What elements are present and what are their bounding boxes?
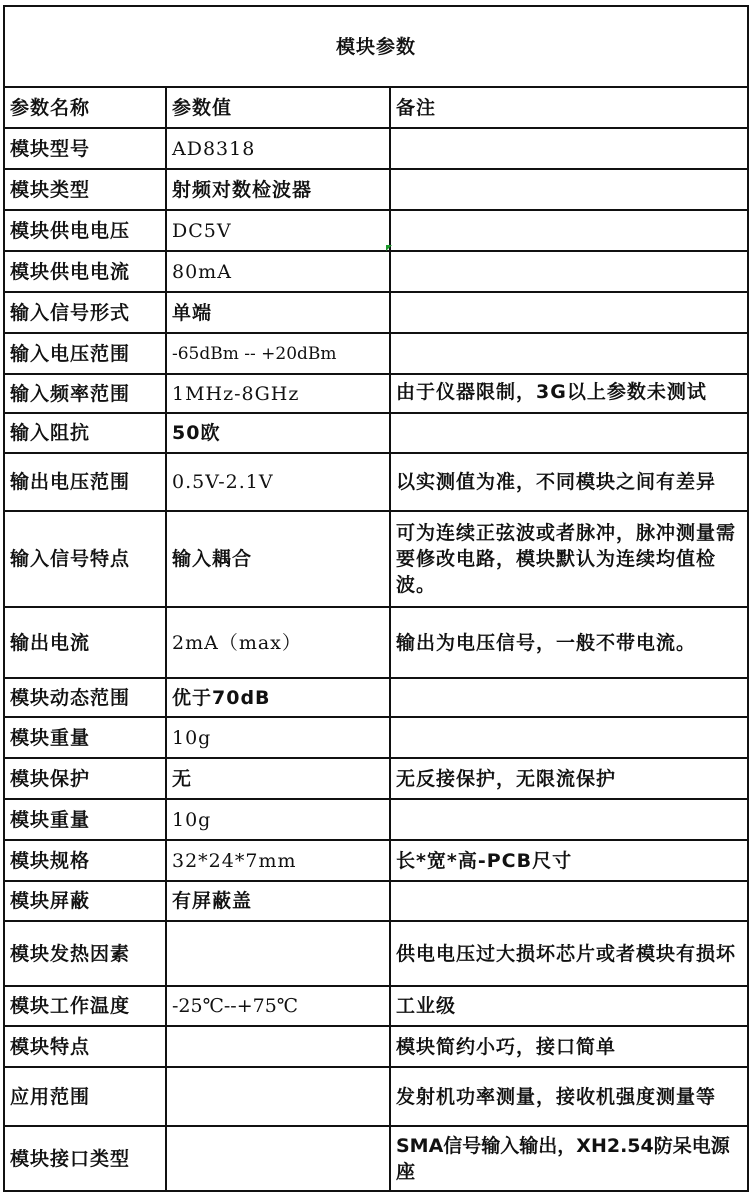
table-row: 模块重量 10g: [4, 799, 748, 840]
param-value: 有屏蔽盖: [166, 881, 390, 921]
param-note: 无反接保护，无限流保护: [390, 758, 748, 799]
param-name: 输入电压范围: [4, 333, 166, 374]
table-row: 输入信号形式 单端: [4, 292, 748, 333]
header-param-name: 参数名称: [4, 87, 166, 128]
table-row: 模块屏蔽 有屏蔽盖: [4, 881, 748, 921]
title-row: 模块参数: [4, 6, 748, 87]
table-row: 模块重量 10g: [4, 717, 748, 758]
param-name: 应用范围: [4, 1067, 166, 1126]
param-value: DC5V: [166, 210, 390, 251]
param-note: 可为连续正弦波或者脉冲，脉冲测量需要修改电路，模块默认为连续均值检波。: [390, 511, 748, 607]
table-row: 输出电压范围 0.5V-2.1V 以实测值为准，不同模块之间有差异: [4, 453, 748, 511]
param-value: 输入耦合: [166, 511, 390, 607]
param-note: 由于仪器限制，3G以上参数未测试: [390, 374, 748, 413]
param-name: 模块接口类型: [4, 1126, 166, 1191]
param-name: 模块特点: [4, 1026, 166, 1067]
param-value: 50欧: [166, 413, 390, 453]
header-param-value: 参数值: [166, 87, 390, 128]
param-name: 模块供电电流: [4, 251, 166, 292]
table-row: 模块发热因素 供电电压过大损坏芯片或者模块有损坏: [4, 921, 748, 986]
param-note: [390, 717, 748, 758]
param-value: AD8318: [166, 128, 390, 169]
param-name: 输入频率范围: [4, 374, 166, 413]
table-row: 模块特点 模块简约小巧，接口简单: [4, 1026, 748, 1067]
table-row: 模块接口类型 SMA信号输入输出，XH2.54防呆电源座: [4, 1126, 748, 1191]
param-name: 模块工作温度: [4, 986, 166, 1026]
param-note: 发射机功率测量，接收机强度测量等: [390, 1067, 748, 1126]
param-value: [166, 1026, 390, 1067]
param-name: 模块型号: [4, 128, 166, 169]
header-row: 参数名称 参数值 备注: [4, 87, 748, 128]
param-name: 模块重量: [4, 799, 166, 840]
param-note: [390, 251, 748, 292]
param-value: 0.5V-2.1V: [166, 453, 390, 511]
param-value: 射频对数检波器: [166, 169, 390, 210]
module-parameter-table: 模块参数 参数名称 参数值 备注 模块型号 AD8318 模块类型 射频对数检波…: [3, 5, 749, 1192]
table-row: 模块型号 AD8318: [4, 128, 748, 169]
param-value: 优于70dB: [166, 678, 390, 717]
param-note: [390, 333, 748, 374]
param-note: [390, 881, 748, 921]
table-row: 输出电流 2mA（max） 输出为电压信号，一般不带电流。: [4, 607, 748, 678]
table-row: 输入信号特点 输入耦合 可为连续正弦波或者脉冲，脉冲测量需要修改电路，模块默认为…: [4, 511, 748, 607]
table-row: 模块类型 射频对数检波器: [4, 169, 748, 210]
param-value: [166, 921, 390, 986]
param-note: [390, 678, 748, 717]
param-value: 80mA: [166, 251, 390, 292]
table-row: 输入频率范围 1MHz-8GHz 由于仪器限制，3G以上参数未测试: [4, 374, 748, 413]
param-value: -65dBm -- +20dBm: [166, 333, 390, 374]
param-value: -25℃--+75℃: [166, 986, 390, 1026]
param-note-text: 由于仪器限制，3G以上参数未测试: [396, 379, 747, 412]
param-value: 2mA（max）: [166, 607, 390, 678]
param-name: 输出电流: [4, 607, 166, 678]
table-row: 模块保护 无 无反接保护，无限流保护: [4, 758, 748, 799]
param-name: 模块发热因素: [4, 921, 166, 986]
param-name: 输出电压范围: [4, 453, 166, 511]
param-note: 以实测值为准，不同模块之间有差异: [390, 453, 748, 511]
table-row: 模块动态范围 优于70dB: [4, 678, 748, 717]
param-note: 模块简约小巧，接口简单: [390, 1026, 748, 1067]
param-note: 输出为电压信号，一般不带电流。: [390, 607, 748, 678]
param-note: 长*宽*高-PCB尺寸: [390, 840, 748, 881]
table-row: 应用范围 发射机功率测量，接收机强度测量等: [4, 1067, 748, 1126]
param-note: [390, 169, 748, 210]
table-title: 模块参数: [4, 6, 748, 87]
param-value: 32*24*7mm: [166, 840, 390, 881]
param-name: 模块屏蔽: [4, 881, 166, 921]
table-row: 输入阻抗 50欧: [4, 413, 748, 453]
table-row: 输入电压范围 -65dBm -- +20dBm: [4, 333, 748, 374]
table-row: 模块供电电压 DC5V: [4, 210, 748, 251]
param-value: 1MHz-8GHz: [166, 374, 390, 413]
param-value: [166, 1067, 390, 1126]
parameter-table-sheet: 模块参数 参数名称 参数值 备注 模块型号 AD8318 模块类型 射频对数检波…: [3, 5, 747, 1192]
param-note: [390, 413, 748, 453]
table-row: 模块工作温度 -25℃--+75℃ 工业级: [4, 986, 748, 1026]
param-name: 模块动态范围: [4, 678, 166, 717]
param-note: [390, 210, 748, 251]
param-value: 无: [166, 758, 390, 799]
param-name: 模块供电电压: [4, 210, 166, 251]
param-name: 输入信号特点: [4, 511, 166, 607]
param-value: [166, 1126, 390, 1191]
param-name: 输入信号形式: [4, 292, 166, 333]
cell-comment-indicator-icon: [386, 245, 392, 251]
param-note: SMA信号输入输出，XH2.54防呆电源座: [390, 1126, 748, 1191]
param-value: 单端: [166, 292, 390, 333]
param-value: 10g: [166, 799, 390, 840]
table-row: 模块规格 32*24*7mm 长*宽*高-PCB尺寸: [4, 840, 748, 881]
header-note: 备注: [390, 87, 748, 128]
param-name: 模块类型: [4, 169, 166, 210]
param-name: 模块重量: [4, 717, 166, 758]
param-name: 模块保护: [4, 758, 166, 799]
param-note: [390, 292, 748, 333]
param-note: 工业级: [390, 986, 748, 1026]
param-value: 10g: [166, 717, 390, 758]
param-note: [390, 128, 748, 169]
param-name: 输入阻抗: [4, 413, 166, 453]
table-row: 模块供电电流 80mA: [4, 251, 748, 292]
param-name: 模块规格: [4, 840, 166, 881]
param-note: 供电电压过大损坏芯片或者模块有损坏: [390, 921, 748, 986]
param-note: [390, 799, 748, 840]
